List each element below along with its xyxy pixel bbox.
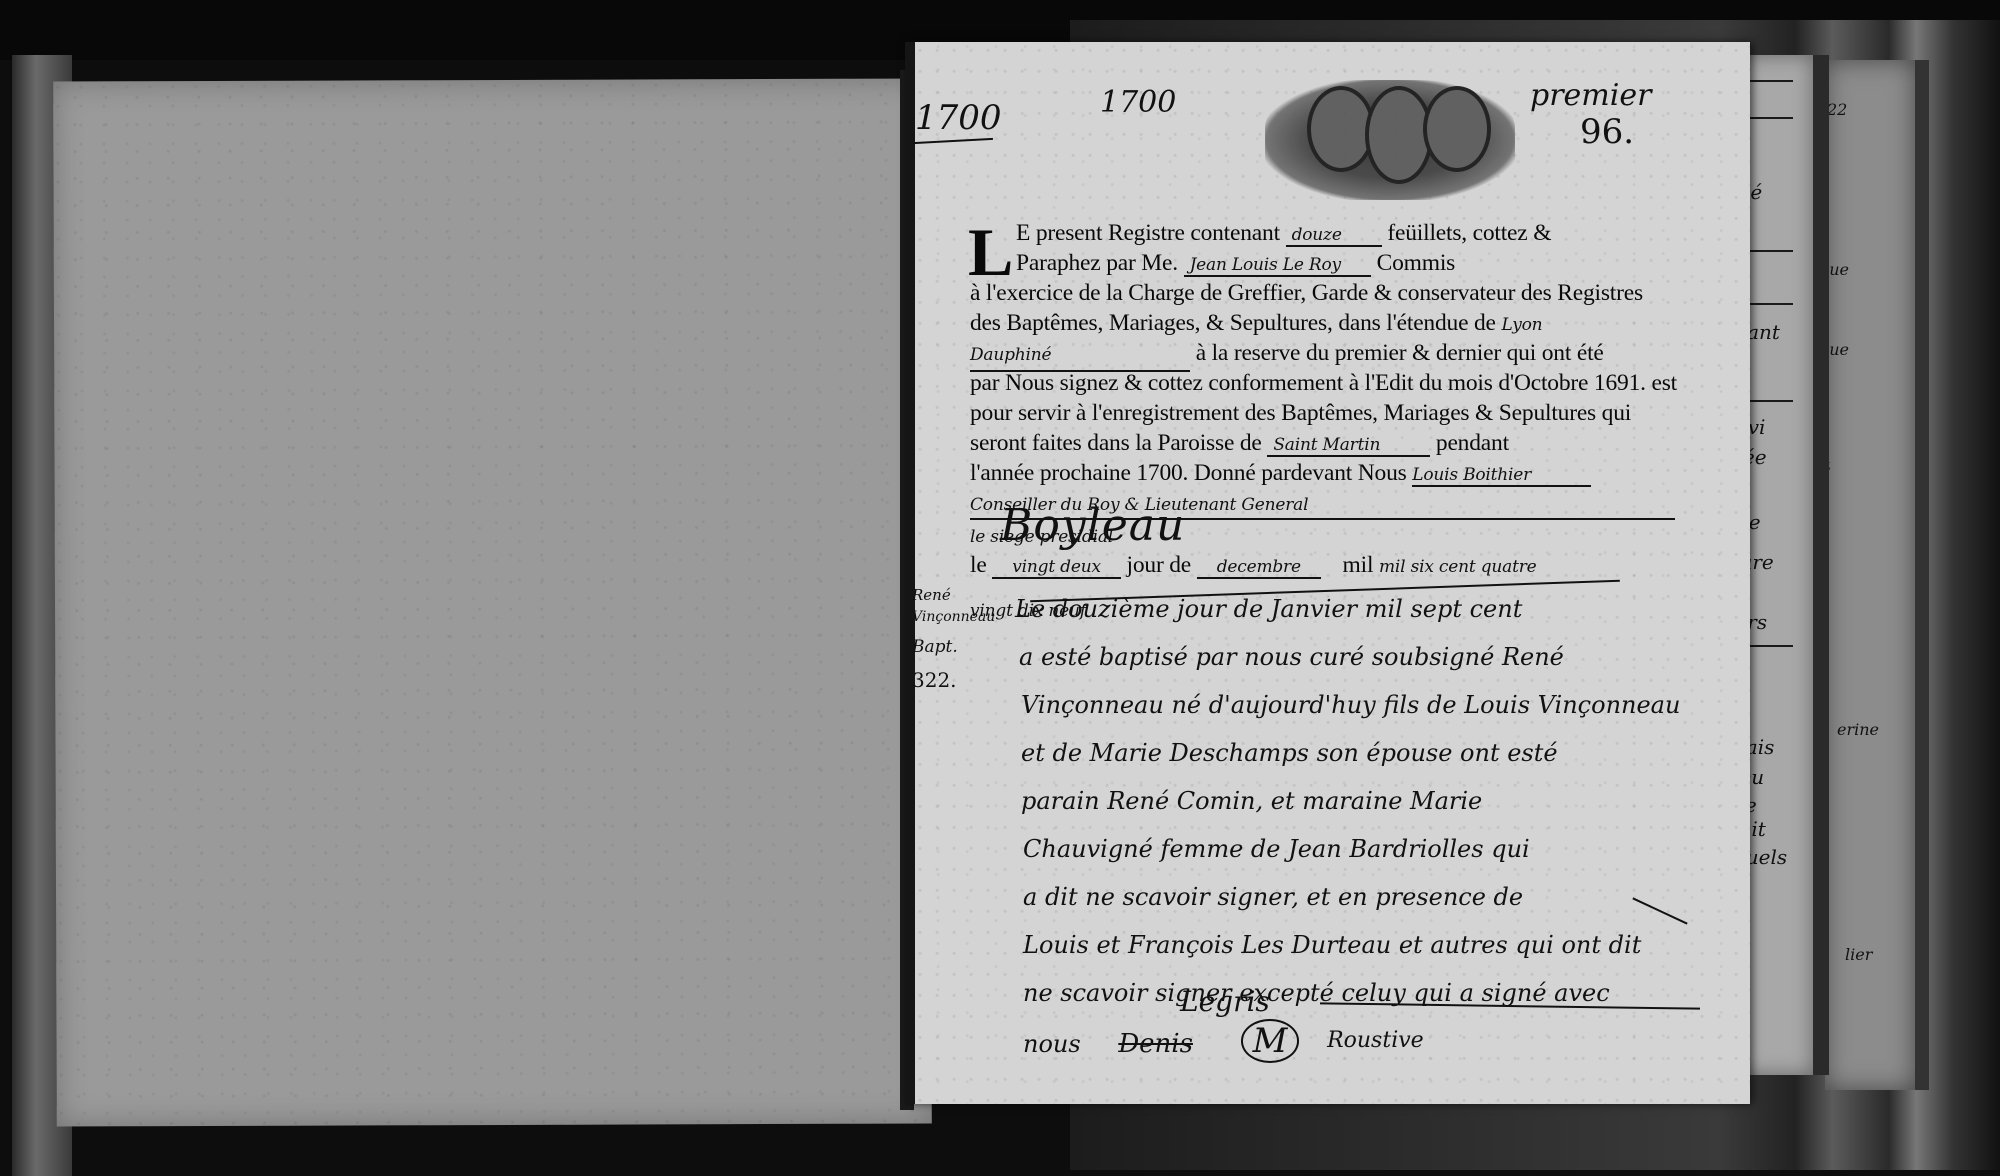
- date-month: decembre: [1197, 557, 1321, 579]
- commis-name: Jean Louis Le Roy: [1184, 255, 1371, 277]
- top-right-note: premier: [1530, 78, 1651, 113]
- leaves-count: douze: [1286, 225, 1382, 247]
- parish-name: Saint Martin: [1267, 435, 1430, 457]
- preamble-date-line: le vingt deux jour de decembre mil mil s…: [970, 550, 1675, 580]
- preamble-line: Paraphez par Me. Jean Louis Le Roy Commi…: [970, 248, 1675, 278]
- top-year: 1700: [1100, 85, 1176, 120]
- far-fragment: erine: [1837, 720, 1879, 739]
- printed-preamble: L E present Registre contenant douze feü…: [970, 218, 1675, 624]
- preamble-line: E present Registre contenant douze feüil…: [970, 218, 1675, 248]
- margin-last-name: Vinçonneau: [912, 605, 1012, 629]
- preamble-line: par Nous signez & cottez conformement à …: [970, 368, 1675, 398]
- far-fragment: 22: [1827, 100, 1847, 119]
- preamble-line: l'année prochaine 1700. Donné pardevant …: [970, 458, 1675, 488]
- entry-line: Le douzième jour de Janvier mil sept cen…: [1015, 585, 1715, 633]
- preamble-line: seront faites dans la Paroisse de Saint …: [970, 428, 1675, 458]
- far-fragment: lier: [1845, 945, 1872, 964]
- officer-name: Louis Boithier: [1412, 465, 1591, 487]
- entry-margin: René Vinçonneau Bapt. 322.: [912, 585, 1012, 695]
- baptism-entry: Le douzième jour de Janvier mil sept cen…: [1015, 585, 1715, 1065]
- entry-line: ne scavoir signer excepté celuy qui a si…: [1015, 969, 1715, 1017]
- signature-roustive: Roustive: [1327, 1028, 1424, 1053]
- margin-number: 322.: [912, 665, 1012, 695]
- entry-line: parain René Comin, et maraine Marie: [1015, 777, 1715, 825]
- margin-first-name: René: [912, 585, 1012, 605]
- preamble-line: pour servir à l'enregistrement des Baptê…: [970, 398, 1675, 428]
- entry-line: Chauvigné femme de Jean Bardriolles qui: [1015, 825, 1715, 873]
- jurisdiction: Lyon: [1501, 315, 1542, 335]
- preamble-line: des Baptêmes, Mariages, & Sepultures, da…: [970, 308, 1675, 338]
- entry-line: Louis et François Les Durteau et autres …: [1015, 921, 1715, 969]
- signature-legris: Legris: [1180, 985, 1270, 1018]
- signature-mark: M: [1241, 1019, 1300, 1063]
- far-underlying-page: 22 due que é ise ellis at os erine lier …: [1825, 60, 1929, 1090]
- entry-line: a esté baptisé par nous curé soubsigné R…: [1015, 633, 1715, 681]
- folio-number: 96.: [1580, 112, 1634, 152]
- entry-line: Vinçonneau né d'aujourd'huy fils de Loui…: [1015, 681, 1715, 729]
- date-day: vingt deux: [992, 557, 1121, 579]
- crown-stamp-icon: [1265, 80, 1515, 200]
- signature-denis: Denis: [1118, 1029, 1193, 1059]
- entry-line: et de Marie Deschamps son épouse ont est…: [1015, 729, 1715, 777]
- preamble-line: à l'exercice de la Charge de Greffier, G…: [970, 278, 1675, 308]
- dropcap: L: [968, 222, 1013, 282]
- entry-line: nous Denis M Roustive: [1015, 1017, 1715, 1065]
- official-signature: Boyleau: [1000, 500, 1185, 551]
- date-year: mil six cent quatre: [1379, 557, 1537, 577]
- entry-line: a dit ne scavoir signer, et en presence …: [1015, 873, 1715, 921]
- top-left-year: 1700: [915, 98, 1002, 138]
- preamble-line: Dauphiné à la reserve du premier & derni…: [970, 338, 1675, 368]
- margin-type: Bapt.: [912, 629, 1012, 665]
- blank-left-page: [53, 78, 932, 1126]
